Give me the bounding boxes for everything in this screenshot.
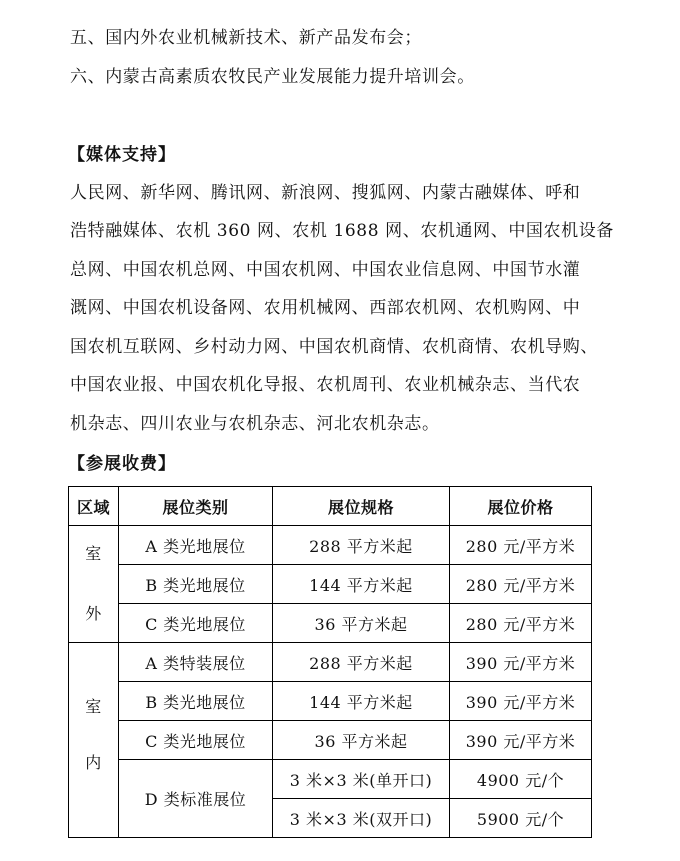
media-line: 中国农业报、中国农机化导报、农机周刊、农业机械杂志、当代农 (70, 375, 580, 395)
region-indoor: 室 内 (69, 643, 119, 838)
media-line: 人民网、新华网、腾讯网、新浪网、搜狐网、内蒙古融媒体、呼和 (70, 183, 580, 203)
item-six: 六、内蒙古高素质农牧民产业发展能力提升培训会。 (70, 67, 475, 87)
column-header: 区域 (69, 487, 119, 526)
table-row: B 类光地展位 144 平方米起 280 元/平方米 (69, 565, 592, 604)
spec-cell: 3 米×3 米(双开口) (273, 799, 450, 838)
column-header: 展位类别 (119, 487, 273, 526)
table-row: 室 内 A 类特装展位 288 平方米起 390 元/平方米 (69, 643, 592, 682)
spec-cell: 3 米×3 米(单开口) (273, 760, 450, 799)
category-cell: A 类光地展位 (119, 526, 273, 565)
price-cell: 280 元/平方米 (450, 526, 592, 565)
price-cell: 5900 元/个 (450, 799, 592, 838)
category-cell: C 类光地展位 (119, 721, 273, 760)
region-outdoor: 室 外 (69, 526, 119, 643)
media-line: 机杂志、四川农业与农机杂志、河北农机杂志。 (70, 414, 440, 434)
category-cell: A 类特装展位 (119, 643, 273, 682)
table-row: C 类光地展位 36 平方米起 280 元/平方米 (69, 604, 592, 643)
price-cell: 4900 元/个 (450, 760, 592, 799)
spec-cell: 144 平方米起 (273, 565, 450, 604)
category-cell: B 类光地展位 (119, 565, 273, 604)
spec-cell: 288 平方米起 (273, 643, 450, 682)
spec-cell: 36 平方米起 (273, 721, 450, 760)
price-cell: 390 元/平方米 (450, 643, 592, 682)
media-line: 溉网、中国农机设备网、农用机械网、西部农机网、农机购网、中 (70, 298, 580, 318)
spec-cell: 36 平方米起 (273, 604, 450, 643)
table-row: D 类标准展位 3 米×3 米(单开口) 4900 元/个 (69, 760, 592, 799)
price-cell: 390 元/平方米 (450, 682, 592, 721)
category-cell: B 类光地展位 (119, 682, 273, 721)
table-row: 室 外 A 类光地展位 288 平方米起 280 元/平方米 (69, 526, 592, 565)
price-cell: 280 元/平方米 (450, 565, 592, 604)
category-cell: C 类光地展位 (119, 604, 273, 643)
media-heading: 【媒体支持】 (68, 145, 176, 165)
table-row: B 类光地展位 144 平方米起 390 元/平方米 (69, 682, 592, 721)
media-line: 总网、中国农机总网、中国农机网、中国农业信息网、中国节水灌 (70, 260, 580, 280)
column-header: 展位价格 (450, 487, 592, 526)
fees-table: 区域 展位类别 展位规格 展位价格 室 外 A 类光地展位 288 平方米起 2… (68, 486, 592, 838)
price-cell: 280 元/平方米 (450, 604, 592, 643)
media-line: 浩特融媒体、农机 360 网、农机 1688 网、农机通网、中国农机设备 (70, 221, 614, 241)
fees-heading: 【参展收费】 (68, 454, 176, 474)
category-cell-d: D 类标准展位 (119, 760, 273, 838)
column-header: 展位规格 (273, 487, 450, 526)
item-five: 五、国内外农业机械新技术、新产品发布会； (70, 28, 422, 48)
table-row: C 类光地展位 36 平方米起 390 元/平方米 (69, 721, 592, 760)
media-line: 国农机互联网、乡村动力网、中国农机商情、农机商情、农机导购、 (70, 337, 598, 357)
price-cell: 390 元/平方米 (450, 721, 592, 760)
spec-cell: 288 平方米起 (273, 526, 450, 565)
table-header-row: 区域 展位类别 展位规格 展位价格 (69, 487, 592, 526)
spec-cell: 144 平方米起 (273, 682, 450, 721)
